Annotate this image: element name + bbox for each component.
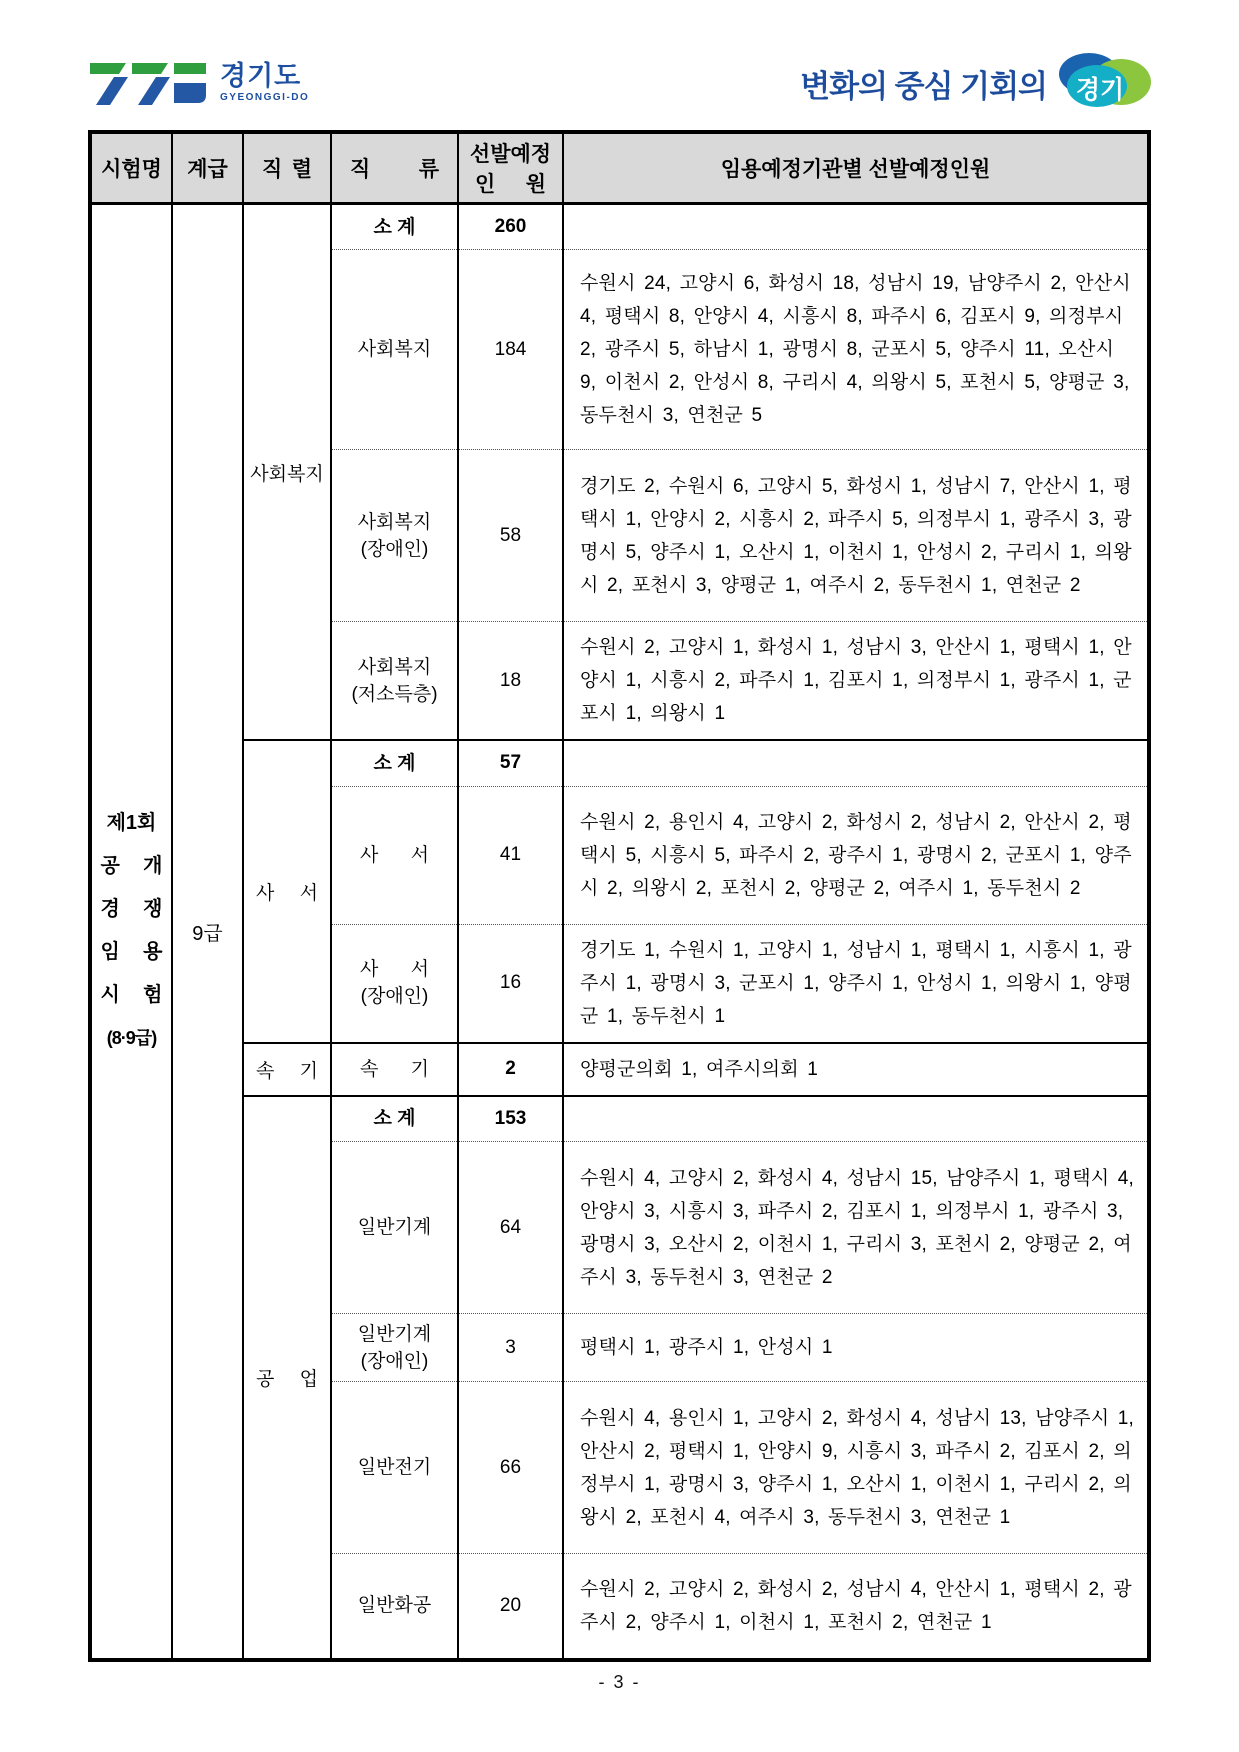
column-header-series: 직 류: [331, 132, 458, 204]
quota-count-cell: 18: [458, 622, 563, 741]
agencies-cell: [563, 1096, 1149, 1142]
quota-count-cell: 2: [458, 1043, 563, 1096]
serial-cell: 사회복지: [243, 204, 331, 741]
slogan-text: 변화의 중심 기회의: [800, 61, 1047, 106]
logo-title: 경기도: [220, 62, 309, 90]
column-header-serial: 직 렬: [243, 132, 331, 204]
table-row: 공 업소 계153: [90, 1096, 1149, 1142]
gyeonggi-logo-mark-icon: [88, 57, 208, 109]
serial-cell: 속 기: [243, 1043, 331, 1096]
recruitment-table: 시험명 계급 직 렬 직 류 선발예정 인 원 임용예정기관별 선발예정인원 제…: [88, 130, 1151, 1662]
column-header-agencies: 임용예정기관별 선발예정인원: [563, 132, 1149, 204]
logo-text: 경기도 GYEONGGI-DO: [220, 62, 309, 104]
agencies-cell: 경기도 2, 수원시 6, 고양시 5, 화성시 1, 성남시 7, 안산시 1…: [563, 450, 1149, 622]
badge-label: 경기: [1069, 70, 1131, 106]
agencies-cell: 평택시 1, 광주시 1, 안성시 1: [563, 1314, 1149, 1382]
quota-count-cell: 66: [458, 1382, 563, 1554]
province-slogan: 변화의 중심 기회의 경기: [800, 48, 1153, 118]
table-row: 사 서소 계57: [90, 740, 1149, 786]
category-cell: 사회복지(장애인): [331, 450, 458, 622]
category-cell: 일반기계: [331, 1142, 458, 1314]
category-cell: 속 기: [331, 1043, 458, 1096]
agencies-cell: 수원시 4, 용인시 1, 고양시 2, 화성시 4, 성남시 13, 남양주시…: [563, 1382, 1149, 1554]
brand-bar: 경기도 GYEONGGI-DO 변화의 중심 기회의 경기: [88, 48, 1153, 118]
quota-count-cell: 260: [458, 204, 563, 250]
category-cell: 일반기계(장애인): [331, 1314, 458, 1382]
column-header-exam-name: 시험명: [90, 132, 172, 204]
serial-cell: 공 업: [243, 1096, 331, 1660]
quota-count-cell: 58: [458, 450, 563, 622]
agencies-cell: 수원시 2, 고양시 2, 화성시 2, 성남시 4, 안산시 1, 평택시 2…: [563, 1554, 1149, 1660]
quota-count-cell: 57: [458, 740, 563, 786]
grade-cell: 9급: [172, 204, 243, 1660]
category-cell: 소 계: [331, 204, 458, 250]
agencies-cell: 수원시 2, 용인시 4, 고양시 2, 화성시 2, 성남시 2, 안산시 2…: [563, 786, 1149, 924]
logo-subtitle: GYEONGGI-DO: [220, 93, 309, 104]
category-cell: 소 계: [331, 740, 458, 786]
gyeonggi-badge-icon: 경기: [1055, 48, 1153, 118]
agencies-cell: 수원시 2, 고양시 1, 화성시 1, 성남시 3, 안산시 1, 평택시 1…: [563, 622, 1149, 741]
column-header-quota: 선발예정 인 원: [458, 132, 563, 204]
agencies-cell: [563, 204, 1149, 250]
serial-cell: 사 서: [243, 740, 331, 1043]
gyeonggi-logo: 경기도 GYEONGGI-DO: [88, 57, 309, 109]
category-cell: 사 서(장애인): [331, 924, 458, 1043]
category-cell: 일반전기: [331, 1382, 458, 1554]
quota-count-cell: 20: [458, 1554, 563, 1660]
category-cell: 사회복지: [331, 250, 458, 450]
table-row: 제1회공 개경 쟁임 용시 험(8·9급)9급사회복지소 계260: [90, 204, 1149, 250]
page-number: - 3 -: [0, 1672, 1239, 1693]
exam-name-cell: 제1회공 개경 쟁임 용시 험(8·9급): [90, 204, 172, 1660]
agencies-cell: 수원시 24, 고양시 6, 화성시 18, 성남시 19, 남양주시 2, 안…: [563, 250, 1149, 450]
table-header-row: 시험명 계급 직 렬 직 류 선발예정 인 원 임용예정기관별 선발예정인원: [90, 132, 1149, 204]
column-header-grade: 계급: [172, 132, 243, 204]
quota-count-cell: 41: [458, 786, 563, 924]
category-cell: 사회복지(저소득층): [331, 622, 458, 741]
quota-count-cell: 64: [458, 1142, 563, 1314]
category-cell: 일반화공: [331, 1554, 458, 1660]
agencies-cell: 수원시 4, 고양시 2, 화성시 4, 성남시 15, 남양주시 1, 평택시…: [563, 1142, 1149, 1314]
category-cell: 사 서: [331, 786, 458, 924]
quota-count-cell: 184: [458, 250, 563, 450]
agencies-cell: 경기도 1, 수원시 1, 고양시 1, 성남시 1, 평택시 1, 시흥시 1…: [563, 924, 1149, 1043]
quota-count-cell: 153: [458, 1096, 563, 1142]
quota-count-cell: 16: [458, 924, 563, 1043]
table-row: 속 기속 기2양평군의회 1, 여주시의회 1: [90, 1043, 1149, 1096]
quota-count-cell: 3: [458, 1314, 563, 1382]
category-cell: 소 계: [331, 1096, 458, 1142]
agencies-cell: [563, 740, 1149, 786]
agencies-cell: 양평군의회 1, 여주시의회 1: [563, 1043, 1149, 1096]
